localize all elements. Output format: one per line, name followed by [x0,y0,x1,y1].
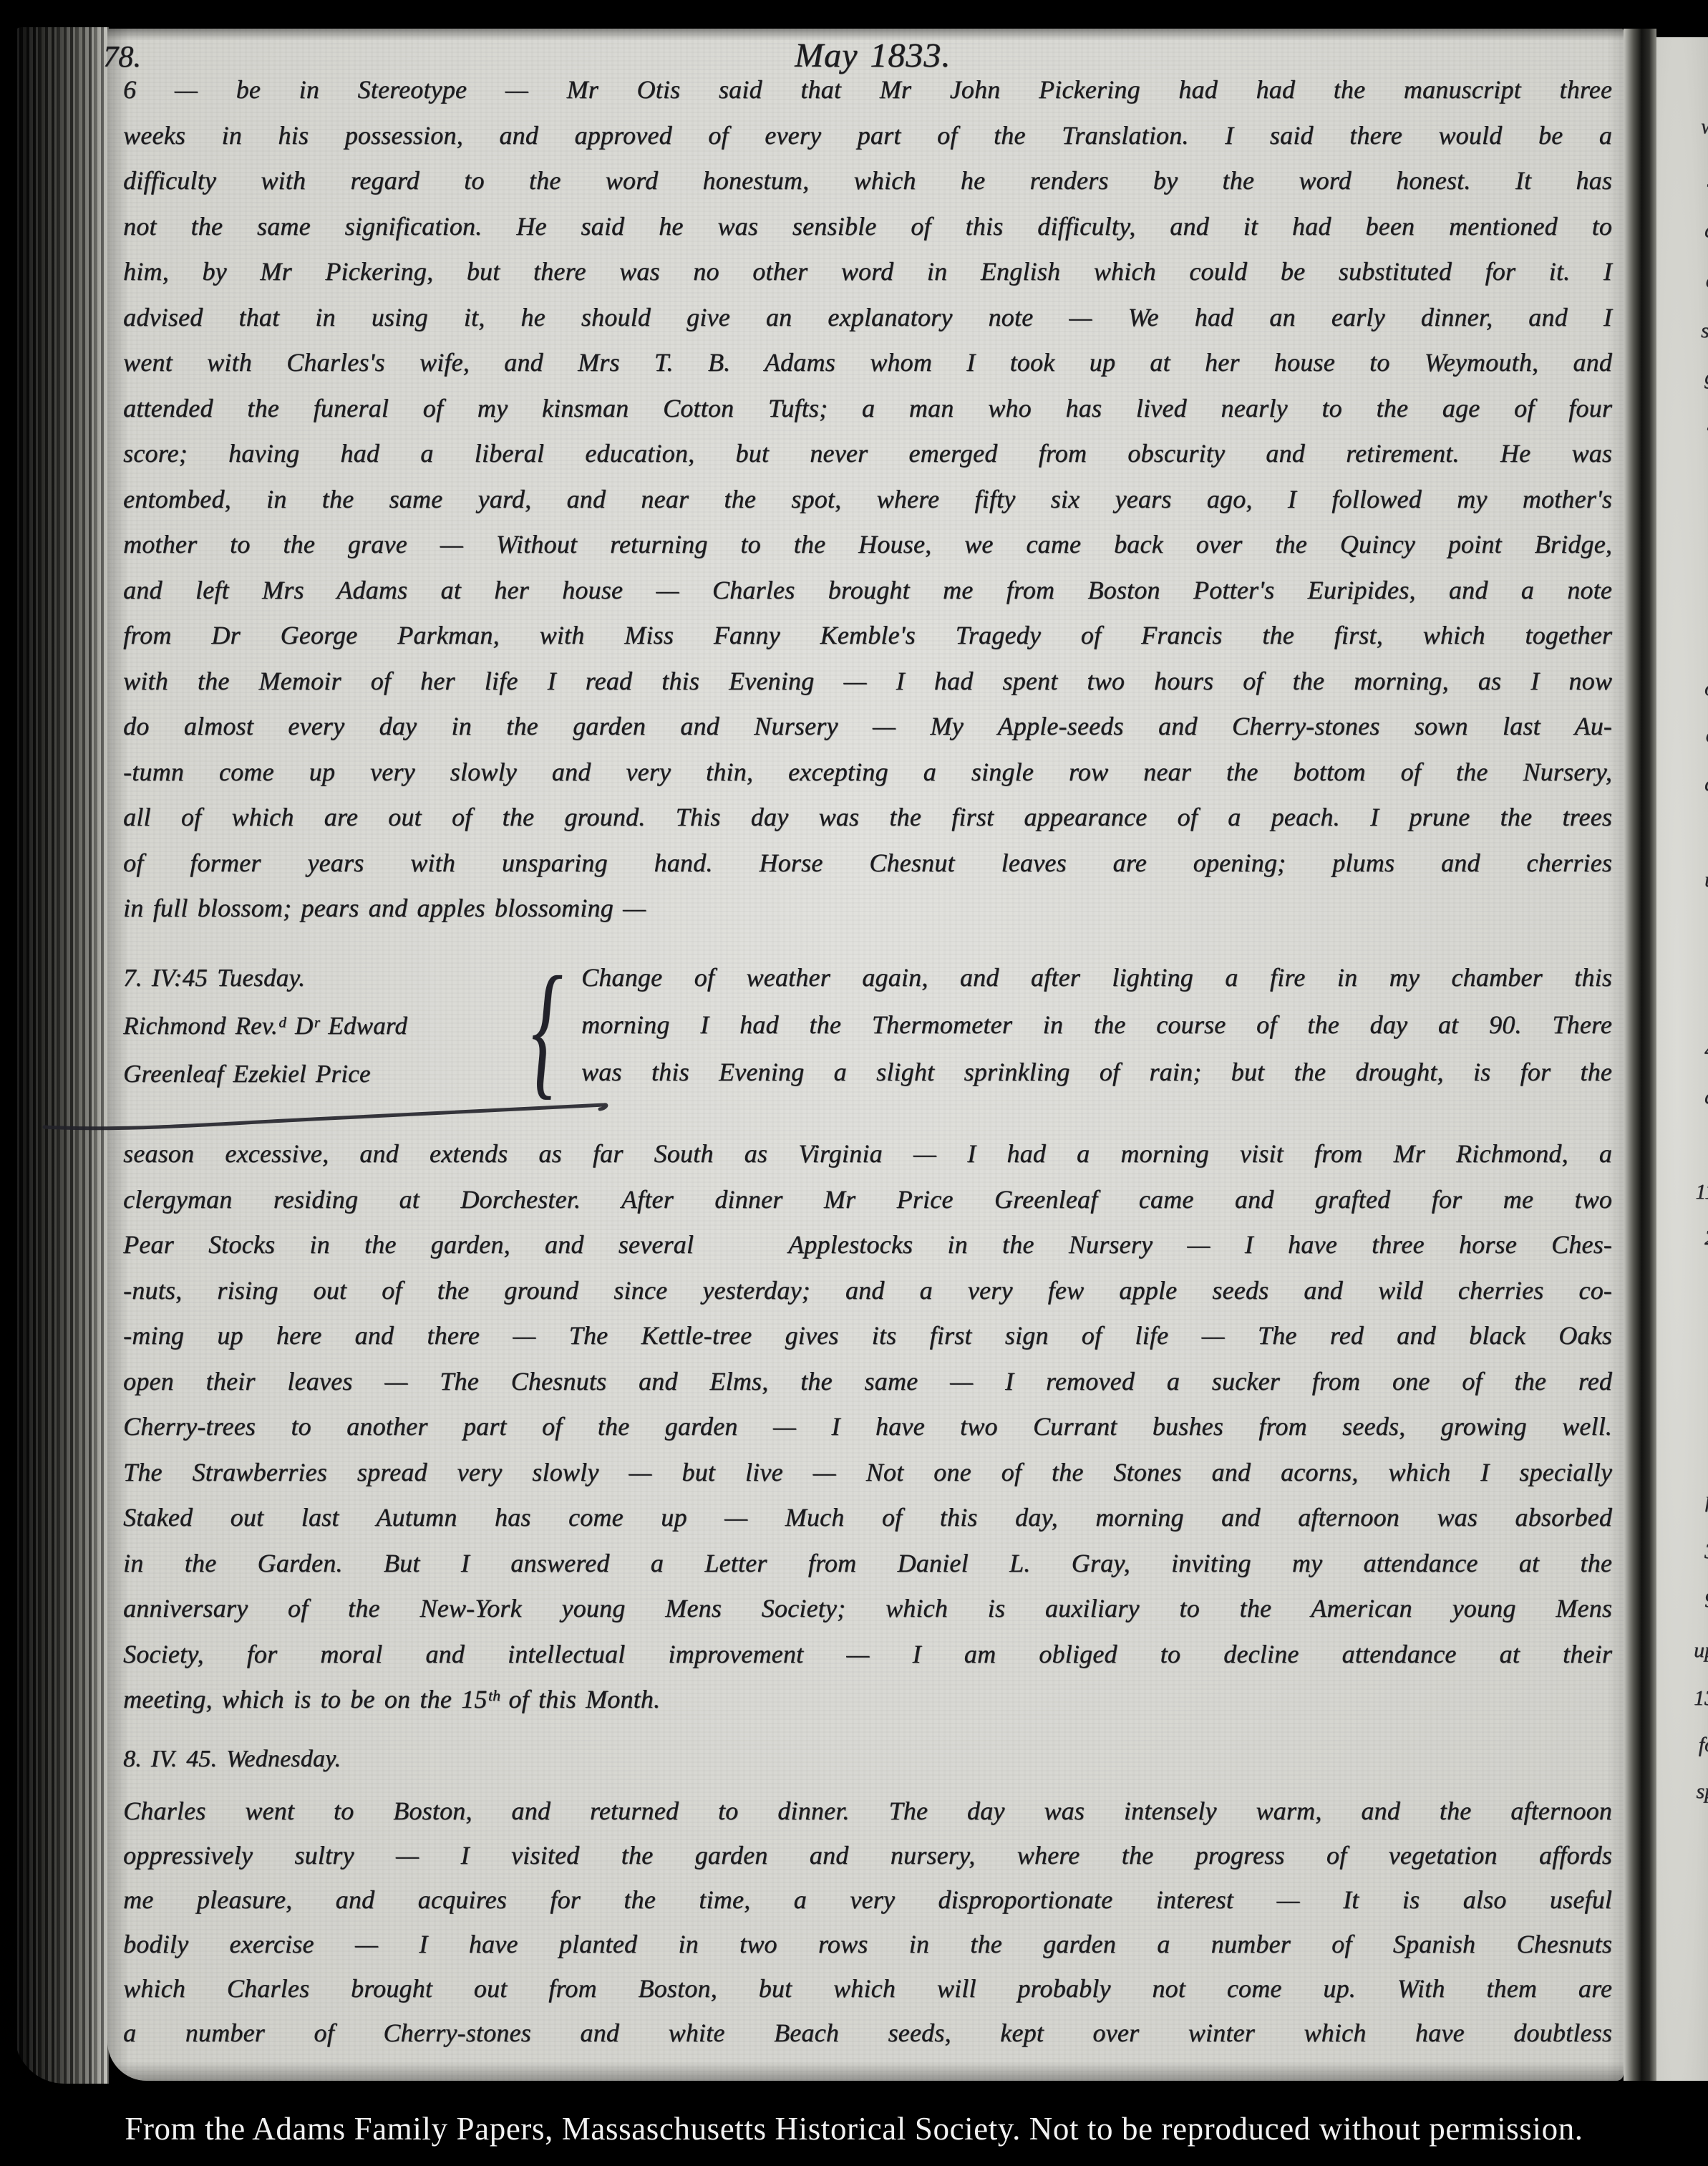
manuscript-line: with the Memoir of her life I read this … [123,659,1612,705]
text-fragment: h [1704,1493,1708,1517]
caption-bar: From the Adams Family Papers, Massaschus… [0,2091,1708,2166]
text-fragment: 3 [1704,1539,1708,1564]
manuscript-line: Pear Stocks in the garden, and several A… [123,1222,1612,1268]
manuscript-line: of former years with unsparing hand. Hor… [123,841,1612,886]
page-gutter-shadow [1624,29,1656,2081]
text-fragment: 2 [1704,1226,1708,1250]
manuscript-line: me pleasure, and acquires for the time, … [123,1877,1612,1922]
text-fragment: sp [1696,1779,1708,1804]
entry-7-side-text: Change of weather again, and after light… [581,954,1612,1096]
text-fragment: 4 [1704,1038,1708,1063]
manuscript-line: anniversary of the New-York young Mens S… [123,1586,1612,1632]
manuscript-line: weeks in his possession, and approved of… [123,113,1612,159]
manuscript-line: in full blossom; pears and apples blosso… [123,886,1612,932]
entry-7-date-and-visitors: 7. IV:45 Tuesday.Richmond Rev.ᵈ Dʳ Edwar… [123,954,524,1098]
text-fragment: sl [1701,319,1708,343]
manuscript-line: 7. IV:45 Tuesday. [123,954,524,1002]
manuscript-line: 6 — be in Stereotype — Mr Otis said that… [123,67,1612,113]
manuscript-line: meeting, which is to be on the 15ᵗʰ of t… [123,1677,1612,1723]
manuscript-line: Greenleaf Ezekiel Price [123,1050,524,1098]
text-fragment: u [1704,868,1708,892]
underline-flourish [42,1100,614,1133]
manuscript-line: not the same signification. He said he w… [123,204,1612,250]
manuscript-line: -nuts, rising out of the ground since ye… [123,1268,1612,1314]
text-fragment: a [1704,218,1708,243]
manuscript-line: him, by Mr Pickering, but there was no o… [123,249,1612,295]
manuscript-line: and left Mrs Adams at her house — Charle… [123,568,1612,614]
manuscript-line: all of which are out of the ground. This… [123,795,1612,841]
text-fragment: a [1704,1085,1708,1109]
diary-entry-6: 6 — be in Stereotype — Mr Otis said that… [123,67,1612,932]
manuscript-line: Richmond Rev.ᵈ Dʳ Edward [123,1002,524,1050]
manuscript-line: do almost every day in the garden and Nu… [123,704,1612,750]
brace-glyph: { [531,951,563,1109]
manuscript-line: Change of weather again, and after light… [581,954,1612,1001]
manuscript-page: 78. May 1833. 6 — be in Stereotype — Mr … [107,29,1624,2081]
manuscript-line: mother to the grave — Without returning … [123,522,1612,568]
manuscript-line: score; having had a liberal education, b… [123,431,1612,477]
manuscript-line: a number of Cherry-stones and white Beac… [123,2011,1612,2055]
manuscript-line: Cherry-trees to another part of the gard… [123,1404,1612,1450]
manuscript-line: advised that in using it, he should give… [123,295,1612,341]
archive-caption: From the Adams Family Papers, Massaschus… [125,2110,1583,2147]
manuscript-line: difficulty with regard to the word hones… [123,158,1612,204]
manuscript-line: open their leaves — The Chesnuts and Elm… [123,1359,1612,1405]
scanned-diary-page: { "document": { "page_number": "78.", "h… [0,0,1708,2166]
text-fragment: a [1704,772,1708,796]
manuscript-line: which Charles brought out from Boston, b… [123,1966,1612,2011]
diary-entry-8-heading: 8. IV. 45. Wednesday. [123,1746,341,1773]
manuscript-line: bodily exercise — I have planted in two … [123,1922,1612,1966]
text-fragment: fo [1699,1733,1708,1757]
text-fragment: o [1704,677,1708,701]
text-fragment: 11 [1695,1180,1708,1204]
manuscript-line: oppressively sultry — I visited the gard… [123,1833,1612,1877]
manuscript-line: -tumn come up very slowly and very thin,… [123,750,1612,796]
manuscript-line: went with Charles's wife, and Mrs T. B. … [123,340,1612,386]
adjacent-page-sliver: wsaeslgsoeatu4a112h39up13fosp [1656,37,1708,2081]
manuscript-line: Society, for moral and intellectual impr… [123,1632,1612,1678]
manuscript-line: morning I had the Thermometer in the cou… [581,1001,1612,1048]
diary-entry-8: Charles went to Boston, and returned to … [123,1789,1612,2055]
manuscript-line: was this Evening a slight sprinkling of … [581,1048,1612,1096]
manuscript-line: season excessive, and extends as far Sou… [123,1131,1612,1177]
diary-entry-7-header: 7. IV:45 Tuesday.Richmond Rev.ᵈ Dʳ Edwar… [123,954,1612,1104]
book-binding-page-edges [14,27,109,2084]
manuscript-line: The Strawberries spread very slowly — bu… [123,1450,1612,1496]
manuscript-line: entombed, in the same yard, and near the… [123,477,1612,523]
manuscript-line: in the Garden. But I answered a Letter f… [123,1541,1612,1587]
manuscript-line: from Dr George Parkman, with Miss Fanny … [123,613,1612,659]
manuscript-line: clergyman residing at Dorchester. After … [123,1177,1612,1223]
manuscript-line: -ming up here and there — The Kettle-tre… [123,1313,1612,1359]
text-fragment: 13 [1694,1686,1708,1711]
text-fragment: 9 [1704,1588,1708,1613]
diary-entry-7: season excessive, and extends as far Sou… [123,1131,1612,1723]
manuscript-line: Charles went to Boston, and returned to … [123,1789,1612,1833]
manuscript-line: Staked out last Autumn has come up — Muc… [123,1495,1612,1541]
text-fragment: up [1694,1638,1708,1663]
text-fragment: g [1704,365,1708,390]
manuscript-line: attended the funeral of my kinsman Cotto… [123,386,1612,432]
text-fragment: w [1701,115,1708,139]
